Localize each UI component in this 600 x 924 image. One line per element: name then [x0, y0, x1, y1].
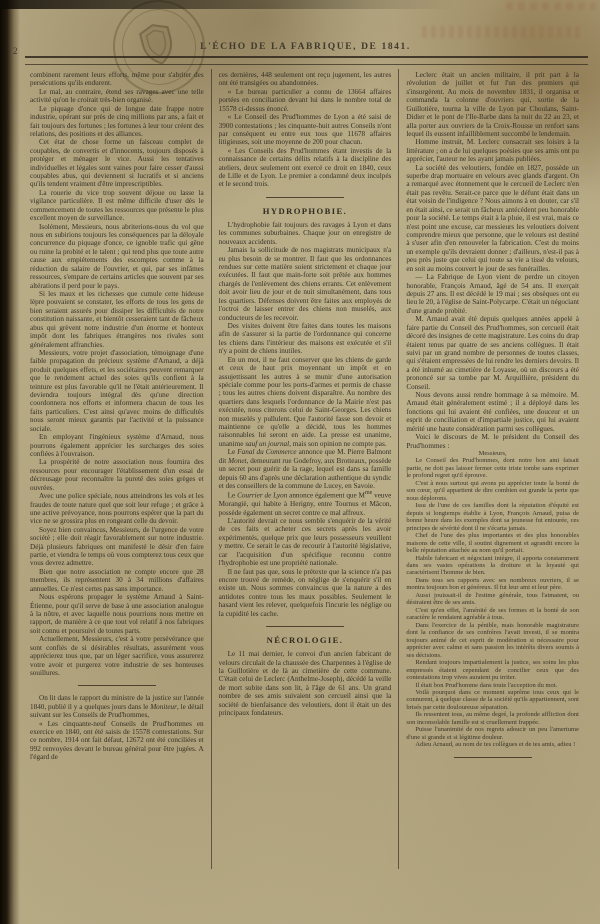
paragraph: Si les maux et les richesses que cumule … — [30, 290, 204, 349]
paragraph: Dans tous ses rapports avec ses nombreux… — [406, 577, 579, 592]
column-2: ces dernières, 448 seulement ont reçu ju… — [211, 69, 399, 869]
paper-sheet: 2 L'ÉCHO DE LA FABRIQUE, DE 1841. combin… — [5, 0, 600, 924]
paragraph: Messieurs, — [406, 450, 579, 457]
paragraph: Aussi jouissait-il de l'estime générale,… — [406, 592, 579, 607]
paragraph: « Les Conseils des Prud'hommes étant inv… — [219, 147, 392, 189]
paragraph: Puisse l'unanimité de nos regrets adouci… — [406, 726, 579, 741]
paragraph: Il était bon Prud'homme dans toute l'acc… — [406, 682, 579, 689]
paragraph: C'est à nous surtout qui avons pu appréc… — [406, 480, 579, 502]
paragraph: « Le Conseil des Prud'hommes de Lyon a é… — [219, 113, 392, 147]
paragraph: Nous devons aussi rendre hommage à sa mé… — [406, 391, 579, 433]
paragraph: Rendant toujours impartialement la justi… — [406, 659, 579, 681]
column-3: Leclerc était un ancien militaire, il pr… — [398, 69, 586, 869]
paragraph: Actuellement, Messieurs, c'est à votre p… — [30, 635, 204, 677]
paragraph: Le 11 mai dernier, le convoi d'un ancien… — [219, 650, 392, 717]
newspaper-scan-page: { "header": { "page_number": "2", "masth… — [0, 0, 600, 924]
paragraph: Soyez bien convaincus, Messieurs, de l'u… — [30, 526, 204, 568]
separator-rule — [266, 626, 344, 627]
paragraph: L'autorité devrait ce nous semble s'enqu… — [219, 517, 392, 568]
paragraph: L'hydrophobie fait toujours des ravages … — [219, 221, 392, 246]
paragraph: Chef de l'une des plus importantes et de… — [406, 532, 579, 554]
header-rule-thick — [25, 56, 588, 58]
paragraph: Adieu Arnaud, au nom de tes collègues et… — [406, 741, 579, 748]
paragraph: Cet état de chose forme un faisceau comp… — [30, 138, 204, 189]
paragraph: Leclerc était un ancien militaire, il pr… — [406, 71, 579, 138]
paragraph: Jamais la sollicitude de nos magistrats … — [219, 246, 392, 322]
paragraph: Nous espérons propager le système Arnaud… — [30, 593, 204, 635]
paragraph: C'est qu'en effet, l'aménité de ses form… — [406, 607, 579, 622]
paragraph: En un mot, il ne faut conserver que les … — [219, 356, 392, 449]
paragraph: Des visites doivent être faites dans tou… — [219, 322, 392, 356]
paragraph: Le Courrier de Lyon annonce également qu… — [219, 490, 392, 517]
ink-bleedthrough — [506, 2, 596, 10]
header-rule-thin — [25, 64, 588, 65]
paragraph: Bien que notre association ne compte enc… — [30, 568, 204, 593]
section-heading: NÉCROLOGIE. — [219, 635, 392, 645]
paragraph: Avec une police spéciale, nous atteindro… — [30, 492, 204, 526]
paragraph: Le piquage d'once qui de longue date fra… — [30, 105, 204, 139]
paragraph: « Les cinquante-neuf Conseils de Prud'ho… — [30, 720, 204, 762]
section-heading: HYDROPHOBIE. — [219, 206, 392, 216]
separator-rule — [454, 757, 532, 758]
ink-bleedthrough — [422, 26, 582, 38]
paragraph: — La Fabrique de Lyon vient de perdre un… — [406, 273, 579, 315]
paragraph: Le Fanal du Commerce annonce que M. Pier… — [219, 448, 392, 490]
top-edge-shadow — [0, 0, 480, 9]
paragraph: Le mal, au contraire, étend ses ravages … — [30, 88, 204, 105]
columns-container: combinent rarement leurs efforts, même p… — [23, 69, 586, 869]
paragraph: La société des veloutiers, fondée en 182… — [406, 164, 579, 273]
separator-rule — [266, 197, 344, 198]
paragraph: Homme instruit, M. Leclerc consacrait se… — [406, 138, 579, 163]
paragraph: Le Conseil des Prud'hommes, dont notre b… — [406, 457, 579, 479]
paragraph: Issu de l'une de ces familles dont la ré… — [406, 502, 579, 532]
paragraph: Isolément, Messieurs, nous abriterions-n… — [30, 223, 204, 290]
column-1: combinent rarement leurs efforts, même p… — [23, 69, 211, 869]
paragraph: ces dernières, 448 seulement ont reçu ju… — [219, 71, 392, 88]
paragraph: Messieurs, votre projet d'association, t… — [30, 349, 204, 433]
paragraph: Ils ressentent tous, au même degré, la p… — [406, 711, 579, 726]
paragraph: La prospérité de notre association nous … — [30, 458, 204, 492]
paragraph: M. Arnaud avait été depuis quelques anné… — [406, 315, 579, 391]
paragraph: Voilà pourquoi dans ce moment suprême to… — [406, 689, 579, 711]
paragraph: On lit dans le rapport du ministre de la… — [30, 694, 204, 719]
paragraph: En employant l'ingénieux système d'Arnau… — [30, 433, 204, 458]
masthead-title: L'ÉCHO DE LA FABRIQUE, DE 1841. — [25, 42, 586, 52]
separator-rule — [78, 685, 156, 686]
paragraph: La rouerie du vice trop souvent déjoue o… — [30, 189, 204, 223]
paragraph: Habile fabricant et négociant intègre, i… — [406, 555, 579, 577]
paragraph: « Le bureau particulier a connu de 13664… — [219, 88, 392, 113]
binding-edge-shadow — [0, 0, 20, 924]
paragraph: combinent rarement leurs efforts, même p… — [30, 71, 204, 88]
paragraph: Voici le discours de M. le président du … — [406, 433, 579, 450]
paragraph: Il ne faut pas que, sous le prétexte que… — [219, 568, 392, 619]
paragraph: Dans l'exercice de la pénible, mais hono… — [406, 622, 579, 659]
